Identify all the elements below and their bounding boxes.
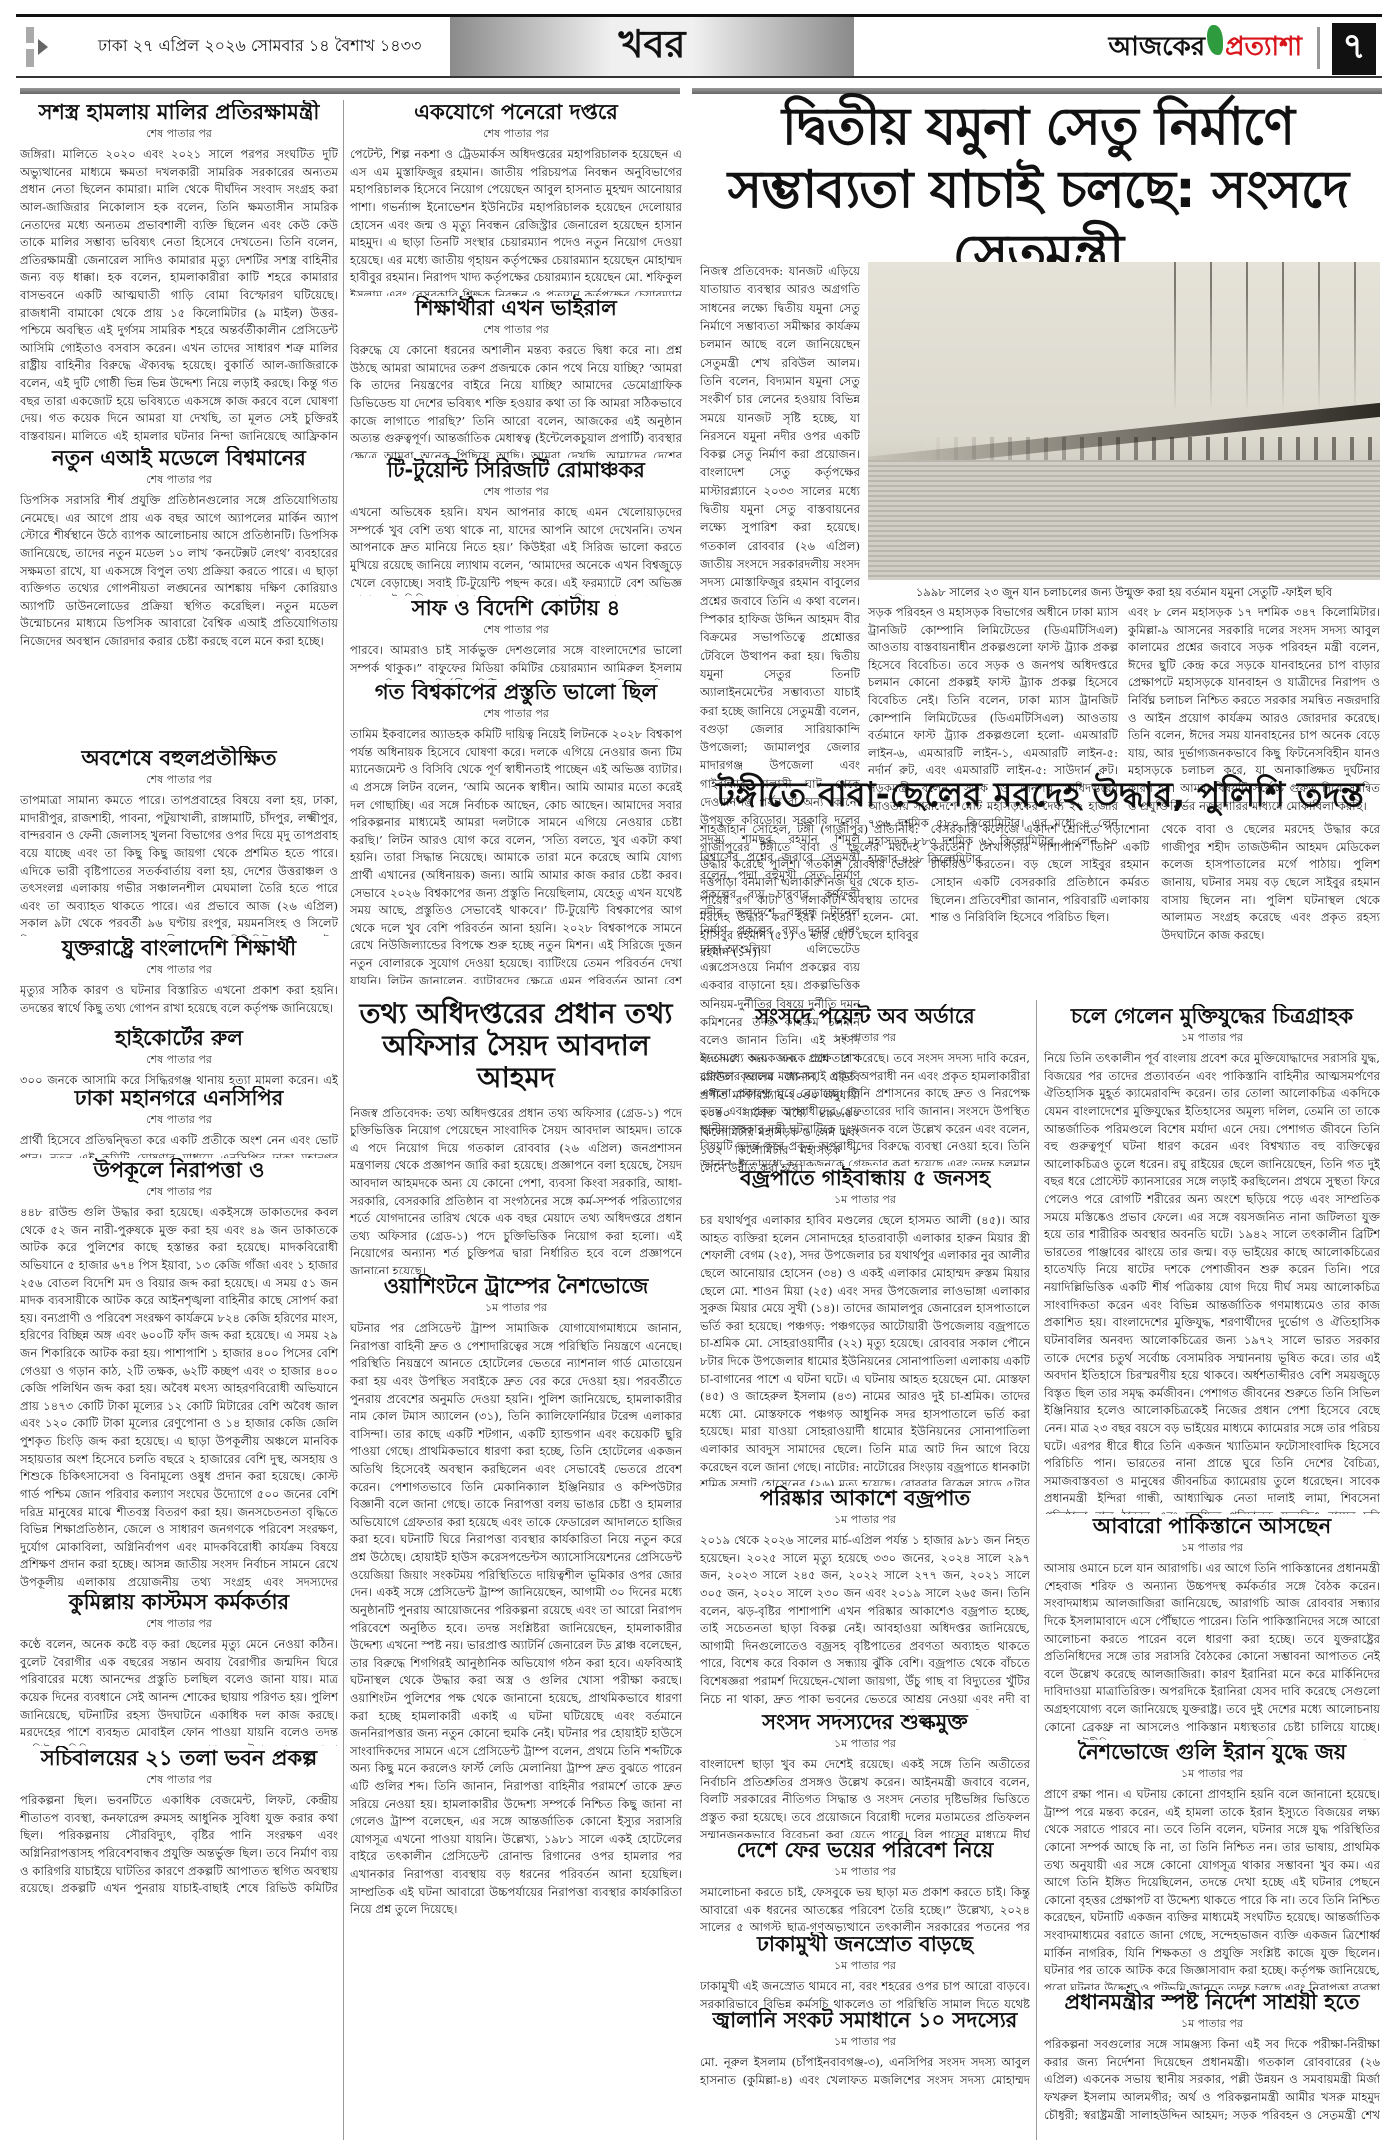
jamuna-bridge-photo (868, 262, 1380, 580)
continuation-article: হাইকোর্টের রুল শেষ পাতার পর ৩০০ জনকে আসা… (20, 1026, 338, 1086)
left-column: সশস্ত্র হামলায় মালির প্রতিরক্ষামন্ত্রী … (20, 100, 338, 1896)
article-headline[interactable]: চলে গেলেন মুক্তিযুদ্ধের চিত্রগ্রাহক (1044, 1004, 1380, 1028)
article-headline[interactable]: শিক্ষার্থীরা এখন ভাইরাল (350, 296, 682, 320)
article-headline[interactable]: টি-টুয়েন্টি সিরিজটি রোমাঞ্চকর (350, 458, 682, 482)
article-body: তাপমাত্রা সামান্য কমতে পারে। তাপপ্রবাহের… (20, 792, 338, 936)
bangladesh-map-icon (1207, 25, 1223, 55)
article-body: ২০১৯ থেকে ২০২৬ সালের মার্চ-এপ্রিল পর্যন্… (700, 1532, 1030, 1710)
article-headline[interactable]: উপকূলে নিরাপত্তা ও (20, 1158, 338, 1182)
logo-text-part1: আজকের (1109, 26, 1206, 70)
continuation-note: শেষ পাতার পর (20, 1183, 338, 1202)
article-headline[interactable]: ওয়াশিংটনে ট্রাম্পের নৈশভোজে (350, 1274, 682, 1298)
article-headline[interactable]: সশস্ত্র হামলায় মালির প্রতিরক্ষামন্ত্রী (20, 100, 338, 124)
continuation-note: শেষ পাতার পর (20, 771, 338, 790)
photo-caption: ১৯৯৮ সালের ২৩ জুন যান চলাচলের জন্য উন্মু… (868, 584, 1380, 603)
section-rule-right (692, 88, 1382, 94)
article-headline[interactable]: আবারো পাকিস্তানে আসছেন (1044, 1514, 1380, 1538)
continuation-article: শিক্ষার্থীরা এখন ভাইরাল শেষ পাতার পর বির… (350, 296, 682, 458)
article-body: নিয়ে তিনি তৎকালীন পূর্ব বাংলায় প্রবেশ … (1044, 1050, 1380, 1514)
continuation-note: শেষ পাতার পর (350, 125, 682, 144)
article-headline[interactable]: যুক্তরাষ্ট্রে বাংলাদেশি শিক্ষার্থী (20, 936, 338, 960)
continuation-article: সাফ ও বিদেশি কোটায় ৪ শেষ পাতার পর পারবে… (350, 596, 682, 680)
masthead-marker-icon (26, 27, 56, 67)
continuation-note: শেষ পাতার পর (20, 961, 338, 980)
article-headline[interactable]: সংসদ সদস্যদের শুল্কমুক্ত (700, 1710, 1030, 1734)
article-headline[interactable]: সাফ ও বিদেশি কোটায় ৪ (350, 596, 682, 620)
tongi-body-1: শাহজাহান সোহেল, টঙ্গী (গাজীপুর) প্রতিনিধ… (700, 821, 919, 962)
continuation-article: প্রধানমন্ত্রীর স্পষ্ট নির্দেশ সাশ্রয়ী হ… (1044, 1990, 1380, 2120)
continuation-note: ১ম পাতার পর (700, 1191, 1030, 1210)
article-headline[interactable]: ঢাকা মহানগরে এনসিপির (20, 1086, 338, 1110)
tongi-body-2: বেসরকারি কলেজে একাদশ শ্রেণিতে পড়াশোনা ক… (931, 821, 1150, 962)
article-body: মো. নূরুল ইসলাম (চাঁপাইনবাবগঞ্জ-৩), এনসি… (700, 2054, 1030, 2088)
article-body: পেটেন্ট, শিল্প নকশা ও ট্রেডমার্কস অধিদপ্… (350, 146, 682, 296)
lead-headline[interactable]: দ্বিতীয় যমুনা সেতু নির্মাণে সম্ভাব্যতা … (700, 96, 1376, 286)
continuation-article: সংসদে পয়েন্ট অব অর্ডারে ১ম পাতার পর ইতো… (700, 1004, 1030, 1166)
article-headline[interactable]: প্রধানমন্ত্রীর স্পষ্ট নির্দেশ সাশ্রয়ী হ… (1044, 1990, 1380, 2014)
continuation-article: জ্বালানি সংকট সমাধানে ১০ সদস্যের ১ম পাতা… (700, 2008, 1030, 2088)
article-body: ডিপসিক সরাসরি শীর্ষ প্রযুক্তি প্রতিষ্ঠান… (20, 492, 338, 650)
article-headline[interactable]: নৈশভোজে গুলি ইরান যুদ্ধে জয় (1044, 1740, 1380, 1764)
article-body: বিরুদ্ধে যে কোনো ধরনের অশালীন মন্তব্য কর… (350, 342, 682, 458)
article-body: তামিম ইকবালের অ্যাডহক কমিটি দায়িত্ব নিয… (350, 726, 682, 984)
article-body: পরিকল্পনা ছিল। ভবনটিতে একাধিক বেজমেন্ট, … (20, 1792, 338, 1896)
continuation-article: নতুন এআই মডেলে বিশ্বমানের শেষ পাতার পর ড… (20, 446, 338, 746)
continuation-article: সংসদ সদস্যদের শুল্কমুক্ত ১ম পাতার পর বাং… (700, 1710, 1030, 1838)
article-body: এখনো অভিষেক হয়নি। যখন আপনার কাছে এমন খে… (350, 504, 682, 596)
second-column: একযোগে পনেরো দপ্তরে শেষ পাতার পর পেটেন্ট… (350, 100, 682, 2034)
continuation-article: ঢাকামুখী জনস্রোত বাড়ছে ১ম পাতার পর ঢাকা… (700, 1932, 1030, 2008)
continuation-article: যুক্তরাষ্ট্রে বাংলাদেশি শিক্ষার্থী শেষ প… (20, 936, 338, 1026)
continuation-note: শেষ পাতার পর (350, 321, 682, 340)
continuation-note: ১ম পাতার পর (700, 1863, 1030, 1882)
issue-date: ঢাকা ২৭ এপ্রিল ২০২৬ সোমবার ১৪ বৈশাখ ১৪৩৩ (98, 33, 421, 60)
article-headline[interactable]: বজ্রপাতে গাইবান্ধায় ৫ জনসহ (700, 1166, 1030, 1190)
column-divider (343, 100, 344, 2140)
article-body: নিজস্ব প্রতিবেদক: তথ্য অধিদপ্তরের প্রধান… (350, 1105, 682, 1274)
article-body: ৪৪৮ রাউন্ড গুলি উদ্ধার করা হয়েছে। একইসঙ… (20, 1204, 338, 1590)
continuation-article: নৈশভোজে গুলি ইরান যুদ্ধে জয় ১ম পাতার পর… (1044, 1740, 1380, 1990)
logo-text-part2: প্রত্যাশা (1225, 26, 1302, 70)
page-number: ৭ (1332, 23, 1376, 75)
article-headline[interactable]: দেশে ফের ভয়ের পরিবেশ নিয়ে (700, 1838, 1030, 1862)
article-headline[interactable]: সচিবালয়ের ২১ তলা ভবন প্রকল্প (20, 1746, 338, 1770)
tongi-article: টঙ্গীতে বাবা-ছেলের মরদেহ উদ্ধার, পুলিশি … (700, 776, 1380, 962)
continuation-article: দেশে ফের ভয়ের পরিবেশ নিয়ে ১ম পাতার পর … (700, 1838, 1030, 1932)
continuation-article: গত বিশ্বকাপের প্রস্তুতি ভালো ছিল শেষ পাত… (350, 680, 682, 984)
article-body: ইতোমধ্যে কয়েকজনকে গ্রেফতার করেছে। তবে স… (700, 1050, 1030, 1166)
article-body: প্রার্থী হিসেবে প্রতিদ্বন্দ্বিতা করে একট… (20, 1132, 338, 1158)
continuation-note: ১ম পাতার পর (700, 1735, 1030, 1754)
continuation-note: ১ম পাতার পর (1044, 1029, 1380, 1048)
article-body: মৃত্যুর সঠিক কারণ ও ঘটনার বিস্তারিত এখনো… (20, 982, 338, 1017)
continuation-article: সশস্ত্র হামলায় মালির প্রতিরক্ষামন্ত্রী … (20, 100, 338, 446)
tongi-headline[interactable]: টঙ্গীতে বাবা-ছেলের মরদেহ উদ্ধার, পুলিশি … (700, 776, 1380, 815)
continuation-note: শেষ পাতার পর (20, 125, 338, 144)
continuation-article: ঢাকা মহানগরে এনসিপির শেষ পাতার পর প্রার্… (20, 1086, 338, 1158)
continuation-article: সচিবালয়ের ২১ তলা ভবন প্রকল্প শেষ পাতার … (20, 1746, 338, 1896)
continuation-note: ১ম পাতার পর (700, 1511, 1030, 1530)
article-headline[interactable]: পরিষ্কার আকাশে বজ্রপাত (700, 1486, 1030, 1510)
continuation-note: ১ম পাতার পর (700, 2033, 1030, 2052)
article-headline[interactable]: নতুন এআই মডেলে বিশ্বমানের (20, 446, 338, 470)
tongi-body-3: থেকে বাবা ও ছেলের মরদেহ উদ্ধার করে গাজীপ… (1161, 821, 1380, 962)
article-body: চর যথার্থপুর এলাকার হাবিব মণ্ডলের ছেলে হ… (700, 1212, 1030, 1486)
continuation-note: শেষ পাতার পর (350, 483, 682, 502)
article-headline[interactable]: একযোগে পনেরো দপ্তরে (350, 100, 682, 124)
article-body: ৩০০ জনকে আসামি করে সিদ্ধিরগঞ্জ থানায় হত… (20, 1072, 338, 1086)
masthead: ঢাকা ২৭ এপ্রিল ২০২৬ সোমবার ১৪ বৈশাখ ১৪৩৩… (16, 14, 1382, 78)
continuation-article: অবশেষে বহুলপ্রতীক্ষিত শেষ পাতার পর তাপমা… (20, 746, 338, 936)
continuation-note: ১ম পাতার পর (1044, 1539, 1380, 1558)
continuation-note: শেষ পাতার পর (350, 705, 682, 724)
article-headline[interactable]: সংসদে পয়েন্ট অব অর্ডারে (700, 1004, 1030, 1028)
column-divider (1036, 1000, 1037, 2140)
continuation-article: বজ্রপাতে গাইবান্ধায় ৫ জনসহ ১ম পাতার পর … (700, 1166, 1030, 1486)
continuation-note: ১ম পাতার পর (700, 1029, 1030, 1048)
article-headline[interactable]: হাইকোর্টের রুল (20, 1026, 338, 1050)
continuation-note: শেষ পাতার পর (20, 1615, 338, 1634)
continuation-article: চলে গেলেন মুক্তিযুদ্ধের চিত্রগ্রাহক ১ম প… (1044, 1004, 1380, 1514)
continuation-article: কুমিল্লায় কাস্টমস কর্মকর্তার শেষ পাতার … (20, 1590, 338, 1746)
masthead-divider (1317, 27, 1320, 69)
article-body: জঙ্গিরা। মালিতে ২০২০ এবং ২০২১ সালে পরপর … (20, 146, 338, 446)
continuation-article: ওয়াশিংটনে ট্রাম্পের নৈশভোজে ১ম পাতার পর… (350, 1274, 682, 2034)
section-rule-left (20, 88, 680, 94)
continuation-note: ১ম পাতার পর (1044, 1765, 1380, 1784)
continuation-note: শেষ পাতার পর (20, 1111, 338, 1130)
continuation-article: আবারো পাকিস্তানে আসছেন ১ম পাতার পর আসায়… (1044, 1514, 1380, 1740)
article-headline[interactable]: অবশেষে বহুলপ্রতীক্ষিত (20, 746, 338, 770)
section-title: খবর (450, 17, 854, 76)
article-headline[interactable]: ঢাকামুখী জনস্রোত বাড়ছে (700, 1932, 1030, 1956)
continuation-note: শেষ পাতার পর (20, 1771, 338, 1790)
continuation-article: টি-টুয়েন্টি সিরিজটি রোমাঞ্চকর শেষ পাতার… (350, 458, 682, 596)
newspaper-logo[interactable]: আজকের প্রত্যাশা (1109, 25, 1302, 70)
continuation-article: উপকূলে নিরাপত্তা ও শেষ পাতার পর ৪৪৮ রাউন… (20, 1158, 338, 1590)
article-body: সমালোচনা করতে চাই, ফেসবুকে ভয় ছাড়া মত … (700, 1884, 1030, 1932)
continuation-note: শেষ পাতার পর (20, 471, 338, 490)
article-body: পারবে। আমরাও চাই সার্কভুক্ত দেশগুলোর সঙ্… (350, 642, 682, 680)
continuation-article: পরিষ্কার আকাশে বজ্রপাত ১ম পাতার পর ২০১৯ … (700, 1486, 1030, 1710)
article-body: ঢাকামুখী এই জনস্রোত থামবে না, বরং শহরের … (700, 1978, 1030, 2008)
article-body: পরিকল্পনা সবগুলোর সঙ্গে সামঞ্জস্য কিনা এ… (1044, 2036, 1380, 2120)
article-body: প্রাণে রক্ষা পান। এ ঘটনায় কোনো প্রাণহান… (1044, 1786, 1380, 1990)
article-body: আসায় ওমানে চলে যান আরাগচি। এর আগে তিনি … (1044, 1560, 1380, 1740)
continuation-note: ১ম পাতার পর (350, 1299, 682, 1318)
continuation-note: ১ম পাতার পর (1044, 2015, 1380, 2034)
continuation-article: একযোগে পনেরো দপ্তরে শেষ পাতার পর পেটেন্ট… (350, 100, 682, 296)
article-headline[interactable]: তথ্য অধিদপ্তরের প্রধান তথ্য অফিসার সৈয়দ… (350, 998, 682, 1095)
third-column: সংসদে পয়েন্ট অব অর্ডারে ১ম পাতার পর ইতো… (700, 1004, 1030, 2088)
article-headline[interactable]: জ্বালানি সংকট সমাধানে ১০ সদস্যের (700, 2008, 1030, 2032)
article-body: বাংলাদেশ ছাড়া খুব কম দেশেই রয়েছে। একই … (700, 1756, 1030, 1838)
fourth-column: চলে গেলেন মুক্তিযুদ্ধের চিত্রগ্রাহক ১ম প… (1044, 1004, 1380, 2120)
article-body: কণ্ঠে বলেন, অনেক কষ্টে বড় করা ছেলের মৃত… (20, 1636, 338, 1746)
article-headline[interactable]: কুমিল্লায় কাস্টমস কর্মকর্তার (20, 1590, 338, 1614)
continuation-note: শেষ পাতার পর (350, 621, 682, 640)
article-body: ঘটনার পর প্রেসিডেন্ট ট্রাম্প সামাজিক যোগ… (350, 1320, 682, 1919)
continuation-article: তথ্য অধিদপ্তরের প্রধান তথ্য অফিসার সৈয়দ… (350, 984, 682, 1274)
continuation-note: ১ম পাতার পর (700, 1957, 1030, 1976)
article-headline[interactable]: গত বিশ্বকাপের প্রস্তুতি ভালো ছিল (350, 680, 682, 704)
continuation-note: শেষ পাতার পর (20, 1051, 338, 1070)
